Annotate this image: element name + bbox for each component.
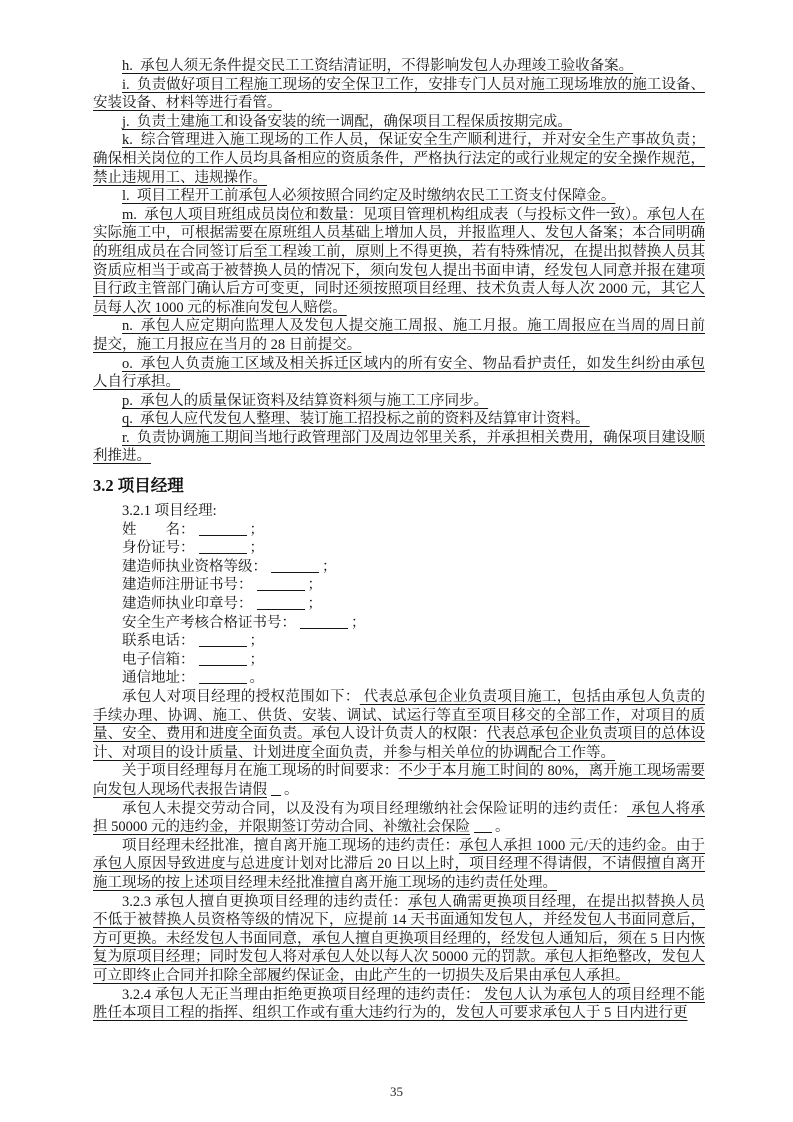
text-run: 通信地址： xyxy=(122,670,195,686)
fill-in-blank xyxy=(474,819,492,833)
fill-in-blank xyxy=(199,633,247,647)
list-item-o: o. 承包人负责施工区域及相关拆迁区域内的所有安全、物品看护责任，如发生纠纷由承… xyxy=(93,355,705,392)
fill-in-blank xyxy=(199,540,247,554)
text-run: 3.2 项目经理 xyxy=(93,476,184,495)
text-run: 承包人未提交劳动合同，以及没有为项目经理缴纳社会保险证明的违约责任： xyxy=(122,801,627,817)
fill-in-blank xyxy=(271,782,281,796)
text-run: i. 负责做好项目工程施工现场的安全保卫工作，安排专门人员对施工现场堆放的施工设… xyxy=(93,77,705,112)
field-constructor-registration-no: 建造师注册证书号：； xyxy=(93,576,705,595)
list-item-h: h. 承包人须无条件提交民工工资结清证明，不得影响发包人办理竣工验收备案。 xyxy=(93,57,705,76)
field-email: 电子信箱：； xyxy=(93,651,705,670)
fill-in-blank xyxy=(271,559,319,573)
text-run: 承包人对项目经理的授权范围如下： xyxy=(122,689,360,705)
document-body: h. 承包人须无条件提交民工工资结清证明，不得影响发包人办理竣工验收备案。i. … xyxy=(93,57,705,1023)
list-item-m: m. 承包人项目班组成员岗位和数量：见项目管理机构组成表（与投标文件一致）。承包… xyxy=(93,206,705,318)
text-run: 建造师执业印章号： xyxy=(122,596,253,612)
text-run: ； xyxy=(322,559,337,575)
text-run: 关于项目经理每月在施工现场的时间要求： xyxy=(122,763,398,779)
text-run: 。 xyxy=(495,819,510,835)
text-run: 3.2.4 承包人无正当理由拒绝更换项目经理的违约责任： xyxy=(122,987,480,1003)
text-run: ； xyxy=(250,540,265,556)
fill-in-blank xyxy=(199,670,247,684)
field-name: 姓 名：； xyxy=(93,521,705,540)
paragraph-unauthorized-leave-liability: 项目经理未经批准，擅自离开施工现场的违约责任：承包人承担 1000 元/天的违约… xyxy=(93,837,705,893)
fill-in-blank xyxy=(257,596,305,610)
text-run: n. 承包人应定期向监理人及发包人提交施工周报、施工月报。施工周报应在当周的周日… xyxy=(93,318,705,353)
text-run: m. 承包人项目班组成员岗位和数量：见项目管理机构组成表（与投标文件一致）。承包… xyxy=(93,207,705,316)
text-run: 姓 名： xyxy=(122,522,195,538)
text-run: 电子信箱： xyxy=(122,652,195,668)
list-item-i: i. 负责做好项目工程施工现场的安全保卫工作，安排专门人员对施工现场堆放的施工设… xyxy=(93,76,705,113)
text-run: k. 综合管理进入施工现场的工作人员，保证安全生产顺利进行，并对安全生产事故负责… xyxy=(93,132,705,185)
field-constructor-qualification-level: 建造师执业资格等级：； xyxy=(93,558,705,577)
list-item-k: k. 综合管理进入施工现场的工作人员，保证安全生产顺利进行，并对安全生产事故负责… xyxy=(93,131,705,187)
field-constructor-seal-no: 建造师执业印章号：； xyxy=(93,595,705,614)
document-page: h. 承包人须无条件提交民工工资结清证明，不得影响发包人办理竣工验收备案。i. … xyxy=(0,0,793,1122)
field-id-number: 身份证号：； xyxy=(93,539,705,558)
text-run: 安全生产考核合格证书号： xyxy=(122,615,296,631)
fill-in-blank xyxy=(257,577,305,591)
text-run: ； xyxy=(308,577,323,593)
list-item-q: q. 承包人应代发包人整理、装订施工招投标之前的资料及结算审计资料。 xyxy=(93,410,705,429)
text-run: 身份证号： xyxy=(122,540,195,556)
text-run: 。 xyxy=(284,782,299,798)
text-run: ； xyxy=(250,633,265,649)
text-run: l. 项目工程开工前承包人必须按照合同约定及时缴纳农民工工资支付保障金。 xyxy=(122,188,615,204)
text-run: q. 承包人应代发包人整理、装订施工招投标之前的资料及结算审计资料。 xyxy=(122,411,590,427)
text-run: h. 承包人须无条件提交民工工资结清证明，不得影响发包人办理竣工验收备案。 xyxy=(122,58,633,74)
text-run: 项目经理未经批准，擅自离开施工现场的违约责任： xyxy=(122,838,459,854)
list-item-j: j. 负责土建施工和设备安装的统一调配，确保项目工程保质按期完成。 xyxy=(93,113,705,132)
text-run: ； xyxy=(308,596,323,612)
list-item-p: p. 承包人的质量保证资料及结算资料须与施工工序同步。 xyxy=(93,392,705,411)
field-phone: 联系电话：； xyxy=(93,632,705,651)
list-item-l: l. 项目工程开工前承包人必须按照合同约定及时缴纳农民工工资支付保障金。 xyxy=(93,187,705,206)
list-item-r: r. 负责协调施工期间当地行政管理部门及周边邻里关系，并承担相关费用，确保项目建… xyxy=(93,429,705,466)
paragraph-labor-contract-liability: 承包人未提交劳动合同，以及没有为项目经理缴纳社会保险证明的违约责任： 承包人将承… xyxy=(93,800,705,837)
clause-3-2-3: 3.2.3 承包人擅自更换项目经理的违约责任：承包人确需更换项目经理，在提出拟替… xyxy=(93,893,705,986)
text-run: 。 xyxy=(250,670,265,686)
clause-3-2-1: 3.2.1 项目经理: xyxy=(93,502,705,521)
clause-3-2-4: 3.2.4 承包人无正当理由拒绝更换项目经理的违约责任： 发包人认为承包人的项目… xyxy=(93,986,705,1023)
fill-in-blank xyxy=(300,615,348,629)
text-run: 3.2.1 项目经理: xyxy=(122,503,217,519)
paragraph-site-time-requirement: 关于项目经理每月在施工现场的时间要求：不少于本月施工时间的 80%，离开施工现场… xyxy=(93,762,705,799)
paragraph-authorization-scope: 承包人对项目经理的授权范围如下： 代表总承包企业负责项目施工，包括由承包人负责的… xyxy=(93,688,705,762)
text-run: ； xyxy=(250,652,265,668)
text-run: r. 负责协调施工期间当地行政管理部门及周边邻里关系，并承担相关费用，确保项目建… xyxy=(93,430,705,465)
text-run: ； xyxy=(351,615,366,631)
field-mailing-address: 通信地址：。 xyxy=(93,669,705,688)
text-run: 建造师注册证书号： xyxy=(122,577,253,593)
text-run: j. 负责土建施工和设备安装的统一调配，确保项目工程保质按期完成。 xyxy=(122,114,572,130)
text-run: o. 承包人负责施工区域及相关拆迁区域内的所有安全、物品看护责任，如发生纠纷由承… xyxy=(93,356,705,391)
fill-in-blank xyxy=(199,652,247,666)
field-safety-assessment-certificate-no: 安全生产考核合格证书号：； xyxy=(93,614,705,633)
text-run: 承包人设计负责人的权限： xyxy=(312,726,487,742)
text-run: 联系电话： xyxy=(122,633,195,649)
text-run: p. 承包人的质量保证资料及结算资料须与施工工序同步。 xyxy=(122,393,488,409)
text-run: 3.2.3 承包人擅自更换项目经理的违约责任： xyxy=(122,894,408,910)
text-run: 建造师执业资格等级： xyxy=(122,559,267,575)
text-run: ； xyxy=(250,522,265,538)
fill-in-blank xyxy=(199,522,247,536)
section-heading-3-2: 3.2 项目经理 xyxy=(93,474,705,498)
list-item-n: n. 承包人应定期向监理人及发包人提交施工周报、施工月报。施工周报应在当周的周日… xyxy=(93,317,705,354)
page-number: 35 xyxy=(0,1084,793,1100)
